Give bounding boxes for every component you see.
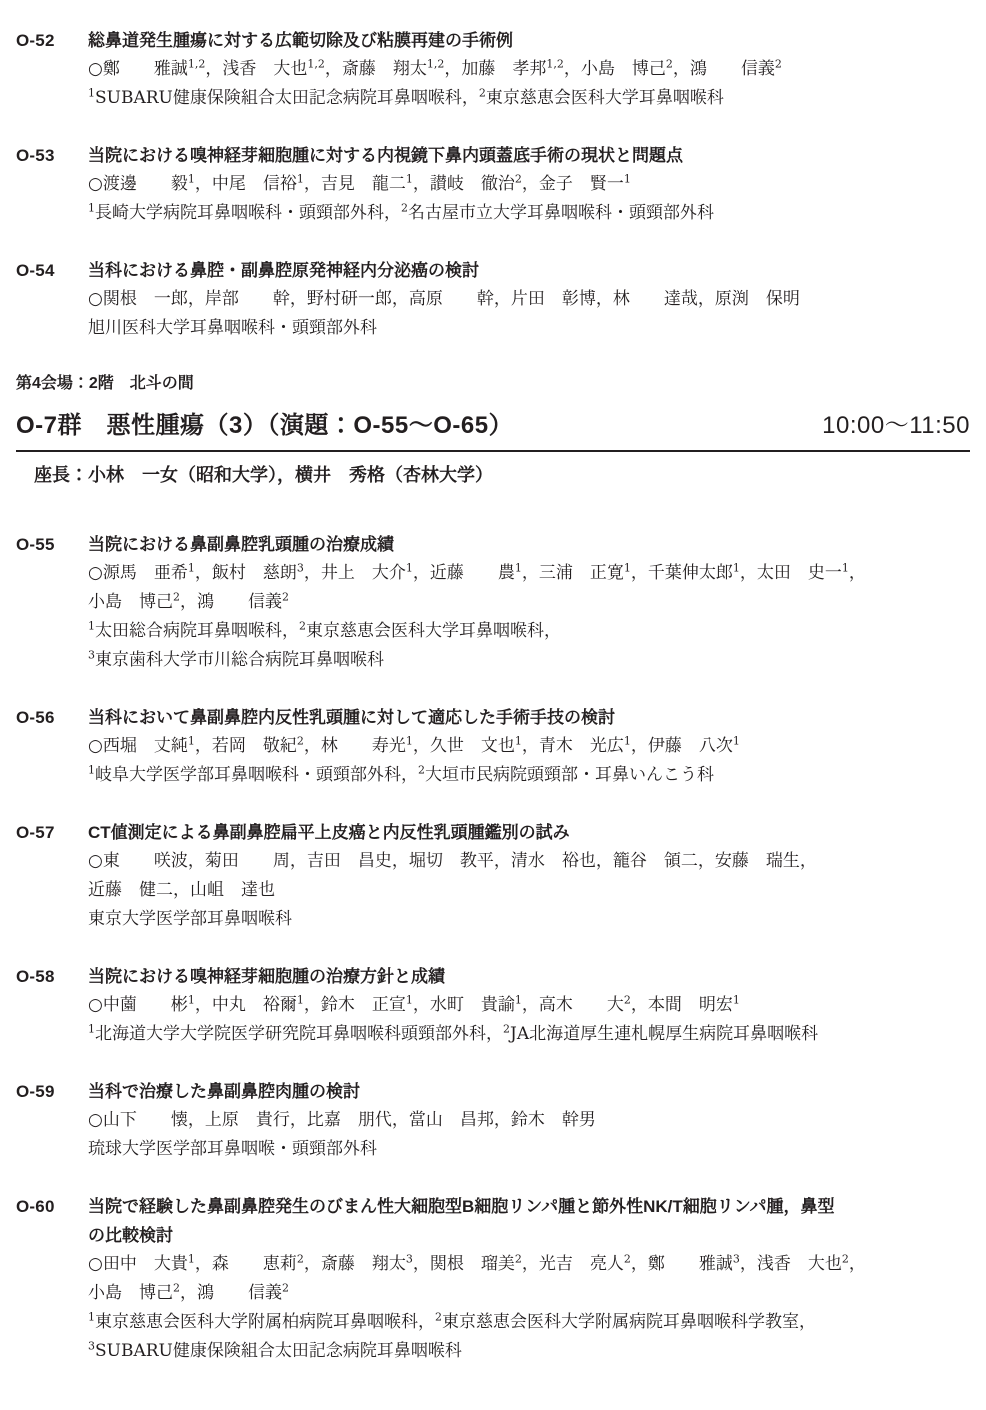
conference-program-page: O-52 総鼻道発生腫瘍に対する広範切除及び粘膜再建の手術例 ○鄭 雅誠1,2，… (0, 0, 986, 1366)
text-line: の比較検討 (88, 1221, 970, 1250)
abstract-body: 総鼻道発生腫瘍に対する広範切除及び粘膜再建の手術例 ○鄭 雅誠1,2，浅香 大也… (88, 26, 970, 113)
abstract-affiliations: 1岐阜大学医学部耳鼻咽喉科・頭頸部外科，2大垣市民病院頭頸部・耳鼻いんこう科 (88, 761, 970, 790)
text-line: 1北海道大学大学院医学研究院耳鼻咽喉科頭頸部外科，2JA北海道厚生連札幌厚生病院… (88, 1020, 970, 1049)
abstract-affiliations: 1北海道大学大学院医学研究院耳鼻咽喉科頭頸部外科，2JA北海道厚生連札幌厚生病院… (88, 1020, 970, 1049)
abstract-authors: ○渡邊 毅1，中尾 信裕1，吉見 龍二1，讃岐 徹治2，金子 賢一1 (88, 170, 970, 199)
text-line: 1太田総合病院耳鼻咽喉科，2東京慈恵会医科大学耳鼻咽喉科， (88, 617, 970, 646)
text-line: 小島 博己2，鴻 信義2 (88, 1279, 970, 1308)
abstract-entry: O-59 当科で治療した鼻副鼻腔肉腫の検討 ○山下 懐，上原 貴行，比嘉 朋代，… (16, 1077, 970, 1164)
session-title-row: O-7群 悪性腫瘍（3）（演題：O-55～O-65） 10:00～11:50 (16, 405, 970, 440)
session-header: 第4会場：2階 北斗の間 O-7群 悪性腫瘍（3）（演題：O-55～O-65） … (16, 371, 970, 488)
abstract-affiliations: 1東京慈恵会医科大学附属柏病院耳鼻咽喉科，2東京慈恵会医科大学附属病院耳鼻咽喉科… (88, 1308, 970, 1366)
text-line: 東京大学医学部耳鼻咽喉科 (88, 905, 970, 934)
abstract-entry: O-60 当院で経験した鼻副鼻腔発生のびまん性大細胞型B細胞リンパ腫と節外性NK… (16, 1192, 970, 1366)
abstract-id: O-55 (16, 530, 88, 675)
abstract-entry: O-55 当院における鼻副鼻腔乳頭腫の治療成績 ○源馬 亜希1，飯村 慈朗3，井… (16, 530, 970, 675)
text-line: ○田中 大貴1，森 恵莉2，斎藤 翔太3，関根 瑠美2，光吉 亮人2，鄭 雅誠3… (88, 1250, 970, 1279)
abstract-entry: O-54 当科における鼻腔・副鼻腔原発神経内分泌癌の検討 ○関根 一郎，岸部 幹… (16, 256, 970, 343)
abstract-entry: O-57 CT値測定による鼻副鼻腔扁平上皮癌と内反性乳頭腫鑑別の試み ○東 咲波… (16, 818, 970, 934)
abstract-title: 当院における鼻副鼻腔乳頭腫の治療成績 (88, 530, 970, 559)
session-title: O-7群 悪性腫瘍（3）（演題：O-55～O-65） (16, 405, 513, 440)
abstract-body: 当院で経験した鼻副鼻腔発生のびまん性大細胞型B細胞リンパ腫と節外性NK/T細胞リ… (88, 1192, 970, 1366)
text-line: 小島 博己2，鴻 信義2 (88, 588, 970, 617)
text-line: 1SUBARU健康保険組合太田記念病院耳鼻咽喉科，2東京慈恵会医科大学耳鼻咽喉科 (88, 84, 970, 113)
text-line: 当院における嗅神経芽細胞腫の治療方針と成績 (88, 962, 970, 991)
abstract-body: 当科において鼻副鼻腔内反性乳頭腫に対して適応した手術手技の検討 ○西堀 丈純1，… (88, 703, 970, 790)
abstract-title: CT値測定による鼻副鼻腔扁平上皮癌と内反性乳頭腫鑑別の試み (88, 818, 970, 847)
abstract-affiliations: 1長崎大学病院耳鼻咽喉科・頭頸部外科，2名古屋市立大学耳鼻咽喉科・頭頸部外科 (88, 199, 970, 228)
abstract-title: 当院で経験した鼻副鼻腔発生のびまん性大細胞型B細胞リンパ腫と節外性NK/T細胞リ… (88, 1192, 970, 1250)
abstract-affiliations: 旭川医科大学耳鼻咽喉科・頭頸部外科 (88, 314, 970, 343)
abstract-authors: ○田中 大貴1，森 恵莉2，斎藤 翔太3，関根 瑠美2，光吉 亮人2，鄭 雅誠3… (88, 1250, 970, 1308)
abstract-id: O-60 (16, 1192, 88, 1366)
text-line: 近藤 健二，山岨 達也 (88, 876, 970, 905)
abstract-entry: O-52 総鼻道発生腫瘍に対する広範切除及び粘膜再建の手術例 ○鄭 雅誠1,2，… (16, 26, 970, 113)
abstract-title: 当科において鼻副鼻腔内反性乳頭腫に対して適応した手術手技の検討 (88, 703, 970, 732)
abstract-body: 当院における嗅神経芽細胞腫に対する内視鏡下鼻内頭蓋底手術の現状と問題点 ○渡邊 … (88, 141, 970, 228)
session-venue: 第4会場：2階 北斗の間 (16, 371, 970, 397)
abstract-list-bottom: O-55 当院における鼻副鼻腔乳頭腫の治療成績 ○源馬 亜希1，飯村 慈朗3，井… (16, 530, 970, 1366)
text-line: 総鼻道発生腫瘍に対する広範切除及び粘膜再建の手術例 (88, 26, 970, 55)
abstract-title: 当院における嗅神経芽細胞腫の治療方針と成績 (88, 962, 970, 991)
abstract-affiliations: 東京大学医学部耳鼻咽喉科 (88, 905, 970, 934)
abstract-body: 当院における鼻副鼻腔乳頭腫の治療成績 ○源馬 亜希1，飯村 慈朗3，井上 大介1… (88, 530, 970, 675)
text-line: ○中薗 彬1，中丸 裕爾1，鈴木 正宣1，水町 貴諭1，高木 大2，本間 明宏1 (88, 991, 970, 1020)
abstract-id: O-58 (16, 962, 88, 1049)
text-line: ○源馬 亜希1，飯村 慈朗3，井上 大介1，近藤 農1，三浦 正寛1，千葉伸太郎… (88, 559, 970, 588)
abstract-id: O-54 (16, 256, 88, 343)
text-line: 当院における鼻副鼻腔乳頭腫の治療成績 (88, 530, 970, 559)
abstract-title: 当科における鼻腔・副鼻腔原発神経内分泌癌の検討 (88, 256, 970, 285)
abstract-authors: ○東 咲波，菊田 周，吉田 昌史，堀切 教平，清水 裕也，籠谷 領二，安藤 瑞生… (88, 847, 970, 905)
text-line: 当科で治療した鼻副鼻腔肉腫の検討 (88, 1077, 970, 1106)
text-line: 琉球大学医学部耳鼻咽喉・頭頸部外科 (88, 1135, 970, 1164)
abstract-title: 当科で治療した鼻副鼻腔肉腫の検討 (88, 1077, 970, 1106)
abstract-entry: O-53 当院における嗅神経芽細胞腫に対する内視鏡下鼻内頭蓋底手術の現状と問題点… (16, 141, 970, 228)
text-line: 3東京歯科大学市川総合病院耳鼻咽喉科 (88, 646, 970, 675)
abstract-title: 総鼻道発生腫瘍に対する広範切除及び粘膜再建の手術例 (88, 26, 970, 55)
text-line: 1長崎大学病院耳鼻咽喉科・頭頸部外科，2名古屋市立大学耳鼻咽喉科・頭頸部外科 (88, 199, 970, 228)
text-line: ○東 咲波，菊田 周，吉田 昌史，堀切 教平，清水 裕也，籠谷 領二，安藤 瑞生… (88, 847, 970, 876)
abstract-title: 当院における嗅神経芽細胞腫に対する内視鏡下鼻内頭蓋底手術の現状と問題点 (88, 141, 970, 170)
abstract-body: 当科における鼻腔・副鼻腔原発神経内分泌癌の検討 ○関根 一郎，岸部 幹，野村研一… (88, 256, 970, 343)
abstract-entry: O-56 当科において鼻副鼻腔内反性乳頭腫に対して適応した手術手技の検討 ○西堀… (16, 703, 970, 790)
text-line: ○鄭 雅誠1,2，浅香 大也1,2，斎藤 翔太1,2，加藤 孝邦1,2，小島 博… (88, 55, 970, 84)
text-line: 当科における鼻腔・副鼻腔原発神経内分泌癌の検討 (88, 256, 970, 285)
abstract-id: O-52 (16, 26, 88, 113)
text-line: 当院における嗅神経芽細胞腫に対する内視鏡下鼻内頭蓋底手術の現状と問題点 (88, 141, 970, 170)
abstract-entry: O-58 当院における嗅神経芽細胞腫の治療方針と成績 ○中薗 彬1，中丸 裕爾1… (16, 962, 970, 1049)
text-line: 当科において鼻副鼻腔内反性乳頭腫に対して適応した手術手技の検討 (88, 703, 970, 732)
abstract-id: O-53 (16, 141, 88, 228)
text-line: ○渡邊 毅1，中尾 信裕1，吉見 龍二1，讃岐 徹治2，金子 賢一1 (88, 170, 970, 199)
abstract-authors: ○源馬 亜希1，飯村 慈朗3，井上 大介1，近藤 農1，三浦 正寛1，千葉伸太郎… (88, 559, 970, 617)
text-line: CT値測定による鼻副鼻腔扁平上皮癌と内反性乳頭腫鑑別の試み (88, 818, 970, 847)
text-line: 当院で経験した鼻副鼻腔発生のびまん性大細胞型B細胞リンパ腫と節外性NK/T細胞リ… (88, 1192, 970, 1221)
text-line: ○山下 懐，上原 貴行，比嘉 朋代，當山 昌邦，鈴木 幹男 (88, 1106, 970, 1135)
abstract-body: CT値測定による鼻副鼻腔扁平上皮癌と内反性乳頭腫鑑別の試み ○東 咲波，菊田 周… (88, 818, 970, 934)
abstract-authors: ○西堀 丈純1，若岡 敬紀2，林 寿光1，久世 文也1，青木 光広1，伊藤 八次… (88, 732, 970, 761)
text-line: 1東京慈恵会医科大学附属柏病院耳鼻咽喉科，2東京慈恵会医科大学附属病院耳鼻咽喉科… (88, 1308, 970, 1337)
abstract-id: O-57 (16, 818, 88, 934)
abstract-id: O-59 (16, 1077, 88, 1164)
text-line: 1岐阜大学医学部耳鼻咽喉科・頭頸部外科，2大垣市民病院頭頸部・耳鼻いんこう科 (88, 761, 970, 790)
text-line: ○関根 一郎，岸部 幹，野村研一郎，高原 幹，片田 彰博，林 達哉，原渕 保明 (88, 285, 970, 314)
abstract-affiliations: 1太田総合病院耳鼻咽喉科，2東京慈恵会医科大学耳鼻咽喉科，3東京歯科大学市川総合… (88, 617, 970, 675)
abstract-body: 当院における嗅神経芽細胞腫の治療方針と成績 ○中薗 彬1，中丸 裕爾1，鈴木 正… (88, 962, 970, 1049)
abstract-authors: ○関根 一郎，岸部 幹，野村研一郎，高原 幹，片田 彰博，林 達哉，原渕 保明 (88, 285, 970, 314)
session-chairs: 座長：小林 一女（昭和大学），横井 秀格（杏林大学） (16, 452, 970, 488)
abstract-affiliations: 1SUBARU健康保険組合太田記念病院耳鼻咽喉科，2東京慈恵会医科大学耳鼻咽喉科 (88, 84, 970, 113)
abstract-list-top: O-52 総鼻道発生腫瘍に対する広範切除及び粘膜再建の手術例 ○鄭 雅誠1,2，… (16, 26, 970, 343)
text-line: 旭川医科大学耳鼻咽喉科・頭頸部外科 (88, 314, 970, 343)
session-time: 10:00～11:50 (822, 405, 970, 440)
text-line: 3SUBARU健康保険組合太田記念病院耳鼻咽喉科 (88, 1337, 970, 1366)
abstract-authors: ○山下 懐，上原 貴行，比嘉 朋代，當山 昌邦，鈴木 幹男 (88, 1106, 970, 1135)
abstract-authors: ○鄭 雅誠1,2，浅香 大也1,2，斎藤 翔太1,2，加藤 孝邦1,2，小島 博… (88, 55, 970, 84)
text-line: ○西堀 丈純1，若岡 敬紀2，林 寿光1，久世 文也1，青木 光広1，伊藤 八次… (88, 732, 970, 761)
abstract-id: O-56 (16, 703, 88, 790)
abstract-affiliations: 琉球大学医学部耳鼻咽喉・頭頸部外科 (88, 1135, 970, 1164)
abstract-body: 当科で治療した鼻副鼻腔肉腫の検討 ○山下 懐，上原 貴行，比嘉 朋代，當山 昌邦… (88, 1077, 970, 1164)
abstract-authors: ○中薗 彬1，中丸 裕爾1，鈴木 正宣1，水町 貴諭1，高木 大2，本間 明宏1 (88, 991, 970, 1020)
